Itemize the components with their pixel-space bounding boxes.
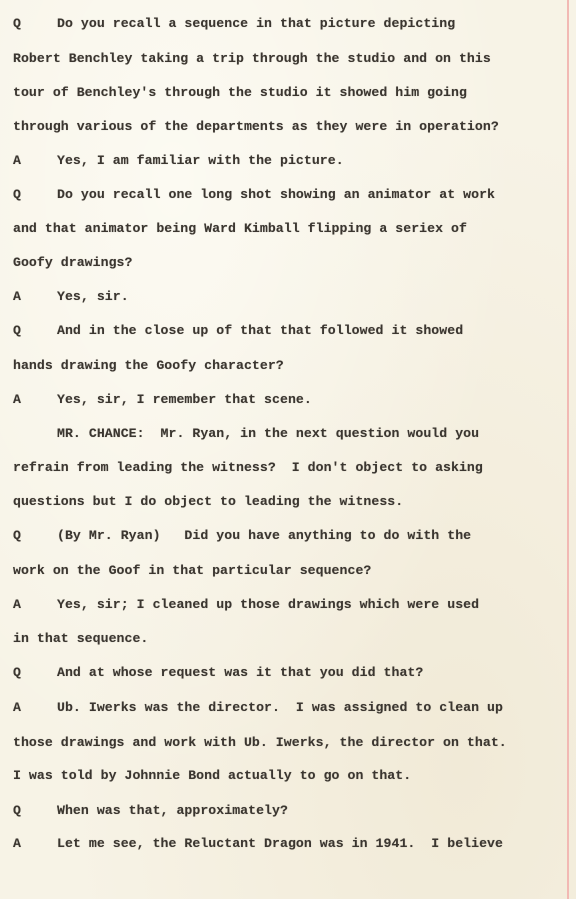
question-marker: Q — [13, 187, 21, 203]
line-text: MR. CHANCE: Mr. Ryan, in the next questi… — [57, 426, 479, 442]
question-line: QDo you recall one long shot showing an … — [0, 187, 566, 203]
transcript-line: hands drawing the Goofy character? — [0, 358, 566, 374]
margin-rule — [567, 0, 569, 899]
transcript-page: QDo you recall a sequence in that pictur… — [0, 0, 576, 899]
answer-line: ALet me see, the Reluctant Dragon was in… — [0, 836, 566, 852]
line-text: Do you recall one long shot showing an a… — [57, 187, 495, 203]
line-text: Yes, sir; I cleaned up those drawings wh… — [57, 597, 479, 613]
line-text: questions but I do object to leading the… — [13, 494, 403, 510]
transcript-line: work on the Goof in that particular sequ… — [0, 563, 566, 579]
question-marker: Q — [13, 323, 21, 339]
line-text: Do you recall a sequence in that picture… — [57, 16, 455, 32]
question-marker: Q — [13, 665, 21, 681]
question-line: Q(By Mr. Ryan) Did you have anything to … — [0, 528, 566, 544]
transcript-line: Robert Benchley taking a trip through th… — [0, 51, 566, 67]
question-line: QAnd at whose request was it that you di… — [0, 665, 566, 681]
answer-line: AYes, I am familiar with the picture. — [0, 153, 566, 169]
line-text: When was that, approximately? — [57, 803, 288, 819]
transcript-line: through various of the departments as th… — [0, 119, 566, 135]
line-text: in that sequence. — [13, 631, 148, 647]
answer-marker: A — [13, 597, 21, 613]
answer-marker: A — [13, 289, 21, 305]
line-text: refrain from leading the witness? I don'… — [13, 460, 483, 476]
answer-line: AYes, sir. — [0, 289, 566, 305]
line-text: Yes, I am familiar with the picture. — [57, 153, 344, 169]
question-line: QWhen was that, approximately? — [0, 803, 566, 819]
line-text: And in the close up of that that followe… — [57, 323, 463, 339]
line-text: those drawings and work with Ub. Iwerks,… — [13, 735, 507, 751]
answer-marker: A — [13, 153, 21, 169]
question-line: QAnd in the close up of that that follow… — [0, 323, 566, 339]
line-text: through various of the departments as th… — [13, 119, 499, 135]
answer-marker: A — [13, 836, 21, 852]
line-text: tour of Benchley's through the studio it… — [13, 85, 467, 101]
transcript-line: Goofy drawings? — [0, 255, 566, 271]
question-line: QDo you recall a sequence in that pictur… — [0, 16, 566, 32]
line-text: work on the Goof in that particular sequ… — [13, 563, 371, 579]
transcript-line: questions but I do object to leading the… — [0, 494, 566, 510]
transcript-line: those drawings and work with Ub. Iwerks,… — [0, 735, 566, 751]
question-marker: Q — [13, 528, 21, 544]
transcript-line: tour of Benchley's through the studio it… — [0, 85, 566, 101]
answer-marker: A — [13, 700, 21, 716]
line-text: Yes, sir. — [57, 289, 129, 305]
line-text: And at whose request was it that you did… — [57, 665, 423, 681]
answer-marker: A — [13, 392, 21, 408]
line-text: hands drawing the Goofy character? — [13, 358, 284, 374]
line-text: Goofy drawings? — [13, 255, 132, 271]
line-text: (By Mr. Ryan) Did you have anything to d… — [57, 528, 471, 544]
line-text: Ub. Iwerks was the director. I was assig… — [57, 700, 503, 716]
answer-line: AYes, sir; I cleaned up those drawings w… — [0, 597, 566, 613]
line-text: Let me see, the Reluctant Dragon was in … — [57, 836, 503, 852]
question-marker: Q — [13, 803, 21, 819]
line-text: Robert Benchley taking a trip through th… — [13, 51, 491, 67]
transcript-line: I was told by Johnnie Bond actually to g… — [0, 768, 566, 784]
line-text: I was told by Johnnie Bond actually to g… — [13, 768, 411, 784]
answer-line: AUb. Iwerks was the director. I was assi… — [0, 700, 566, 716]
line-text: Yes, sir, I remember that scene. — [57, 392, 312, 408]
question-marker: Q — [13, 16, 21, 32]
line-text: and that animator being Ward Kimball fli… — [13, 221, 467, 237]
transcript-line: in that sequence. — [0, 631, 566, 647]
transcript-line: MR. CHANCE: Mr. Ryan, in the next questi… — [0, 426, 566, 442]
answer-line: AYes, sir, I remember that scene. — [0, 392, 566, 408]
transcript-line: and that animator being Ward Kimball fli… — [0, 221, 566, 237]
transcript-line: refrain from leading the witness? I don'… — [0, 460, 566, 476]
